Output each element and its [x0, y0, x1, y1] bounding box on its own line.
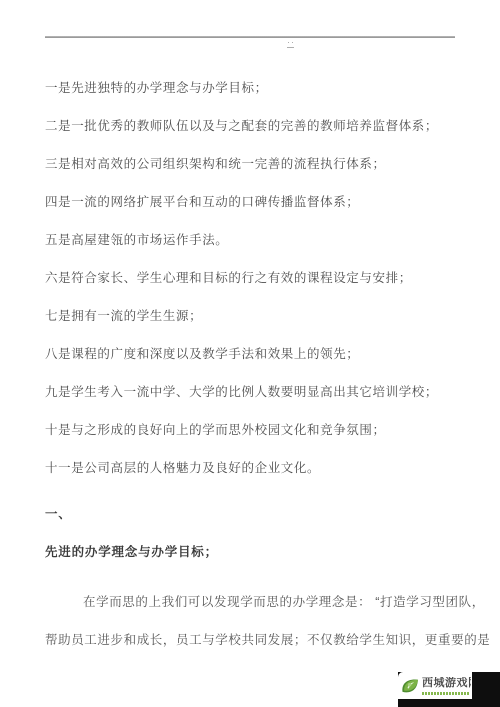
watermark-site-name: 西城游戏网: [422, 677, 471, 690]
watermark-tagline: [422, 692, 470, 695]
list-item: 二是一批优秀的教师队伍以及与之配套的完善的教师培养监督体系；: [45, 119, 470, 134]
list-item: 一是先进独特的办学理念与办学目标；: [45, 81, 470, 96]
list-item: 十一是公司高层的人格魅力及良好的企业文化。: [45, 461, 470, 476]
page-center-mark: [287, 42, 294, 48]
paragraph-line: 帮助员工进步和成长，员工与学校共同发展；不仅教给学生知识，更重要的是: [45, 633, 470, 648]
list-item: 十是与之形成的良好向上的学而思外校园文化和竞争氛围；: [45, 423, 470, 438]
document-body: 一是先进独特的办学理念与办学目标； 二是一批优秀的教师队伍以及与之配套的完善的教…: [45, 81, 470, 671]
list-item: 七是拥有一流的学生生源；: [45, 309, 470, 324]
document-page: 一是先进独特的办学理念与办学目标； 二是一批优秀的教师队伍以及与之配套的完善的教…: [0, 0, 500, 707]
site-watermark: 西城游戏网: [398, 672, 500, 707]
list-item: 六是符合家长、学生心理和目标的行之有效的课程设定与安排；: [45, 271, 470, 286]
list-item: 九是学生考入一流中学、大学的比例人数要明显高出其它培训学校；: [45, 385, 470, 400]
watermark-box: 西城游戏网: [398, 672, 472, 699]
paragraph-line: 在学而思的上我们可以发现学而思的办学理念是： “打造学习型团队，: [45, 595, 470, 610]
list-item: 八是课程的广度和深度以及教学手法和效果上的领先；: [45, 347, 470, 362]
list-item: 五是高屋建瓴的市场运作手法。: [45, 233, 470, 248]
section-title: 先进的办学理念与办学目标；: [45, 545, 470, 560]
list-item: 三是相对高效的公司组织架构和统一完善的流程执行体系；: [45, 157, 470, 172]
header-rule: [45, 36, 455, 38]
list-item: 四是一流的网络扩展平台和互动的口碑传播监督体系；: [45, 195, 470, 210]
section-number: 一、: [45, 507, 470, 522]
watermark-text-column: 西城游戏网: [422, 677, 471, 695]
leaf-logo-icon: [400, 676, 420, 696]
